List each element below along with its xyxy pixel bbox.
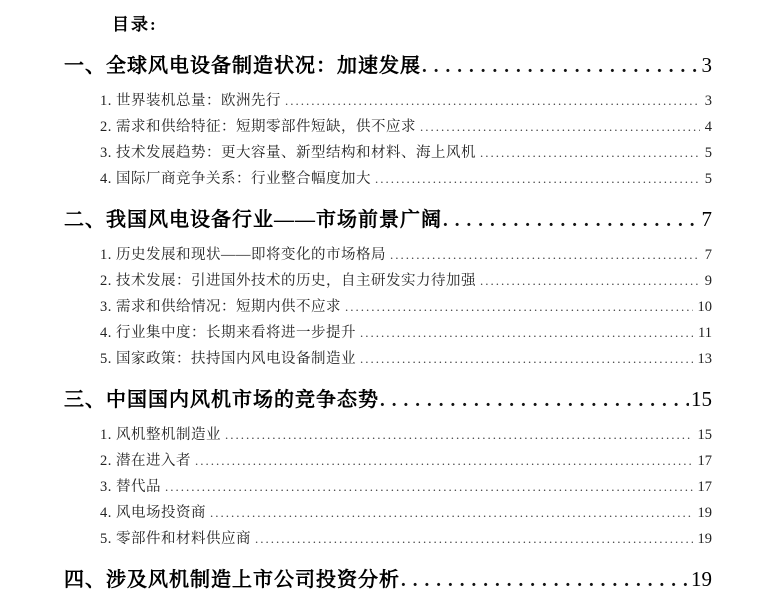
toc-item-label: 5. 零部件和材料供应商 — [100, 526, 251, 552]
toc-chapter-label: 一、全球风电设备制造状况：加速发展 — [64, 52, 421, 81]
toc-item-page-number: 5 — [700, 140, 712, 166]
toc-chapter-page-number: 15 — [690, 385, 712, 414]
toc-item-entry[interactable]: 1. 历史发展和现状——即将变化的市场格局 7 — [100, 242, 712, 268]
toc-item-entry[interactable]: 3. 替代品 17 — [100, 474, 712, 500]
toc-item-page-number: 9 — [700, 268, 712, 294]
toc-item-page-number: 7 — [700, 242, 712, 268]
toc-item-label: 4. 风电场投资商 — [100, 500, 206, 526]
toc-item-entry[interactable]: 1. 风机整机制造业 15 — [100, 422, 712, 448]
dot-leader — [420, 114, 700, 140]
toc-item-label: 3. 技术发展趋势：更大容量、新型结构和材料、海上风机 — [100, 140, 476, 166]
toc-item-page-number: 19 — [693, 526, 713, 552]
toc-item-entry[interactable]: 3. 技术发展趋势：更大容量、新型结构和材料、海上风机 5 — [100, 140, 712, 166]
toc-chapter-page-number: 3 — [701, 51, 713, 80]
dot-leader — [210, 500, 693, 526]
dot-leader — [345, 294, 693, 320]
toc-item-label: 1. 世界装机总量：欧洲先行 — [100, 88, 281, 114]
toc-item-entry[interactable]: 3. 需求和供给情况：短期内供不应求 10 — [100, 294, 712, 320]
toc-item-entry[interactable]: 2. 潜在进入者 17 — [100, 448, 712, 474]
toc-item-page-number: 3 — [700, 88, 712, 114]
dot-leader — [285, 88, 700, 114]
toc-chapter-entry[interactable]: 三、中国国内风机市场的竞争态势 15 — [64, 385, 712, 415]
toc-item-page-number: 19 — [693, 500, 713, 526]
toc-section: 一、全球风电设备制造状况：加速发展 3 1. 世界装机总量：欧洲先行 3 2. … — [64, 51, 712, 192]
dot-leader — [390, 242, 700, 268]
dot-leader — [195, 448, 693, 474]
toc-item-label: 1. 历史发展和现状——即将变化的市场格局 — [100, 242, 386, 268]
toc-item-page-number: 13 — [693, 346, 713, 372]
toc-item-label: 2. 技术发展：引进国外技术的历史，自主研发实力待加强 — [100, 268, 476, 294]
toc-item-label: 4. 国际厂商竞争关系：行业整合幅度加大 — [100, 166, 371, 192]
toc-chapter-label: 二、我国风电设备行业——市场前景广阔 — [64, 206, 442, 235]
toc-item-label: 1. 风机整机制造业 — [100, 422, 221, 448]
toc-item-label: 2. 潜在进入者 — [100, 448, 191, 474]
toc-item-page-number: 17 — [693, 474, 713, 500]
toc-item-entry[interactable]: 5. 零部件和材料供应商 19 — [100, 526, 712, 552]
toc-item-page-number: 11 — [693, 320, 712, 346]
toc-item-group: 1. 历史发展和现状——即将变化的市场格局 7 2. 技术发展：引进国外技术的历… — [100, 242, 712, 372]
toc-item-label: 3. 替代品 — [100, 474, 161, 500]
toc-item-label: 2. 需求和供给特征：短期零部件短缺，供不应求 — [100, 114, 416, 140]
toc-chapter-label: 四、涉及风机制造上市公司投资分析 — [64, 566, 400, 595]
toc-chapter-entry[interactable]: 二、我国风电设备行业——市场前景广阔 7 — [64, 205, 712, 235]
toc-section: 三、中国国内风机市场的竞争态势 15 1. 风机整机制造业 15 2. 潜在进入… — [64, 385, 712, 552]
toc-item-entry[interactable]: 5. 国家政策：扶持国内风电设备制造业 13 — [100, 346, 712, 372]
toc-list: 一、全球风电设备制造状况：加速发展 3 1. 世界装机总量：欧洲先行 3 2. … — [64, 51, 712, 595]
dot-leader — [360, 346, 693, 372]
toc-chapter-entry[interactable]: 一、全球风电设备制造状况：加速发展 3 — [64, 51, 712, 81]
toc-item-page-number: 15 — [693, 422, 713, 448]
dot-leader — [422, 52, 700, 81]
toc-item-entry[interactable]: 4. 国际厂商竞争关系：行业整合幅度加大 5 — [100, 166, 712, 192]
dot-leader — [360, 320, 693, 346]
toc-item-group: 1. 世界装机总量：欧洲先行 3 2. 需求和供给特征：短期零部件短缺，供不应求… — [100, 88, 712, 192]
toc-item-label: 4. 行业集中度：长期来看将进一步提升 — [100, 320, 356, 346]
toc-section: 二、我国风电设备行业——市场前景广阔 7 1. 历史发展和现状——即将变化的市场… — [64, 205, 712, 372]
dot-leader — [443, 206, 700, 235]
dot-leader — [401, 566, 689, 595]
toc-item-entry[interactable]: 4. 风电场投资商 19 — [100, 500, 712, 526]
toc-item-entry[interactable]: 2. 技术发展：引进国外技术的历史，自主研发实力待加强 9 — [100, 268, 712, 294]
dot-leader — [480, 268, 700, 294]
toc-item-page-number: 4 — [700, 114, 712, 140]
document-page: 目录: 一、全球风电设备制造状况：加速发展 3 1. 世界装机总量：欧洲先行 3… — [0, 0, 778, 596]
toc-item-group: 1. 风机整机制造业 15 2. 潜在进入者 17 3. 替代品 17 4. 风… — [100, 422, 712, 552]
toc-item-page-number: 10 — [693, 294, 713, 320]
dot-leader — [225, 422, 693, 448]
toc-item-entry[interactable]: 1. 世界装机总量：欧洲先行 3 — [100, 88, 712, 114]
toc-chapter-page-number: 19 — [690, 565, 712, 594]
dot-leader — [255, 526, 693, 552]
toc-chapter-label: 三、中国国内风机市场的竞争态势 — [64, 386, 379, 415]
toc-item-page-number: 17 — [693, 448, 713, 474]
dot-leader — [165, 474, 693, 500]
toc-chapter-page-number: 7 — [701, 205, 713, 234]
toc-item-entry[interactable]: 2. 需求和供给特征：短期零部件短缺，供不应求 4 — [100, 114, 712, 140]
toc-item-label: 3. 需求和供给情况：短期内供不应求 — [100, 294, 341, 320]
toc-chapter-entry[interactable]: 四、涉及风机制造上市公司投资分析 19 — [64, 565, 712, 595]
dot-leader — [380, 386, 689, 415]
toc-item-entry[interactable]: 4. 行业集中度：长期来看将进一步提升 11 — [100, 320, 712, 346]
toc-section: 四、涉及风机制造上市公司投资分析 19 — [64, 565, 712, 595]
toc-title: 目录: — [112, 10, 712, 35]
dot-leader — [480, 140, 700, 166]
toc-item-page-number: 5 — [700, 166, 712, 192]
toc-item-label: 5. 国家政策：扶持国内风电设备制造业 — [100, 346, 356, 372]
dot-leader — [375, 166, 700, 192]
